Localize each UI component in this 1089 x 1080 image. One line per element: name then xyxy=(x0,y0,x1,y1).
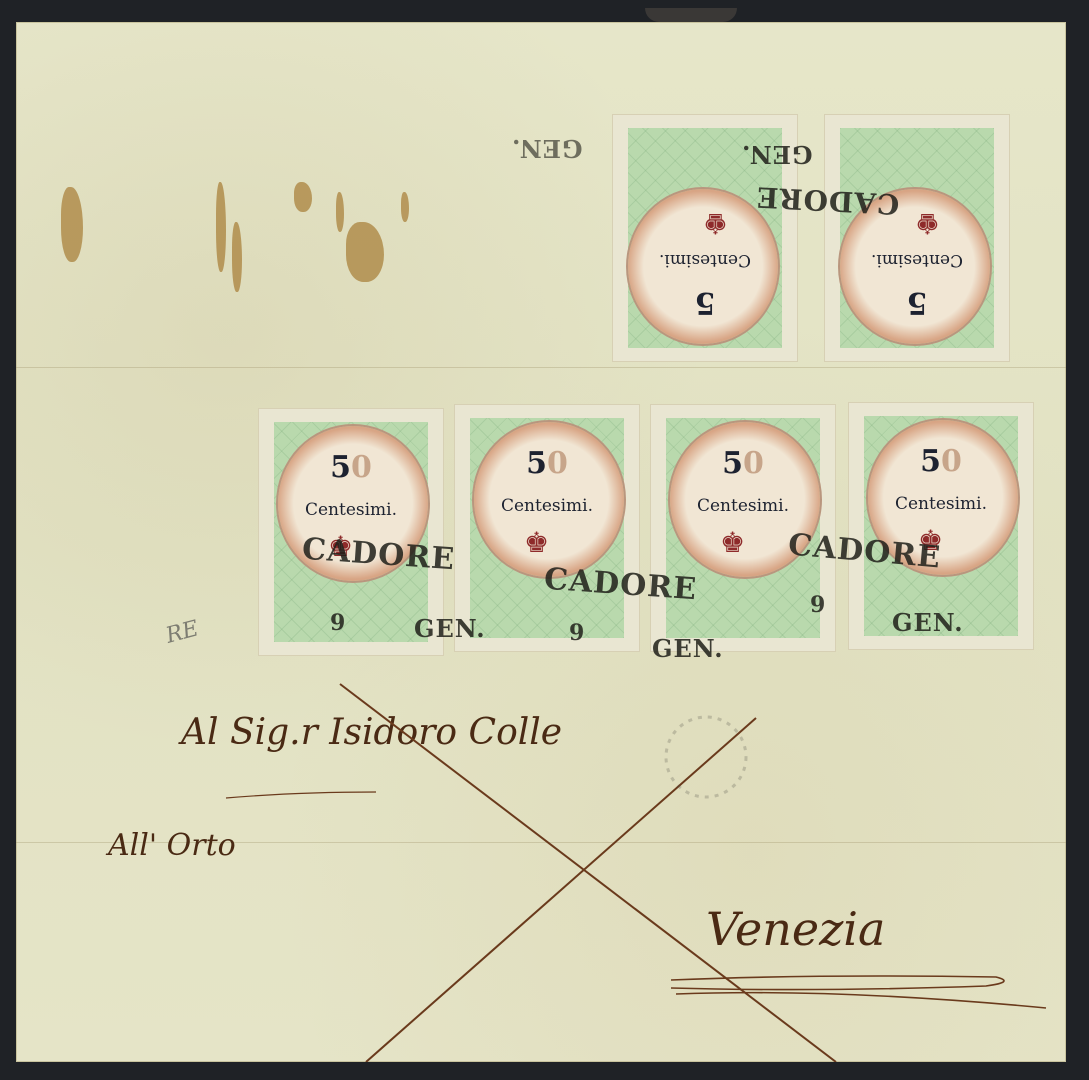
postal-cover: 5 Centesimi. ♚ 5 Centesimi. ♚ 50 Centesi… xyxy=(16,22,1066,1062)
envelope-flap-tab xyxy=(645,8,737,22)
cross-marks xyxy=(16,22,1066,1062)
